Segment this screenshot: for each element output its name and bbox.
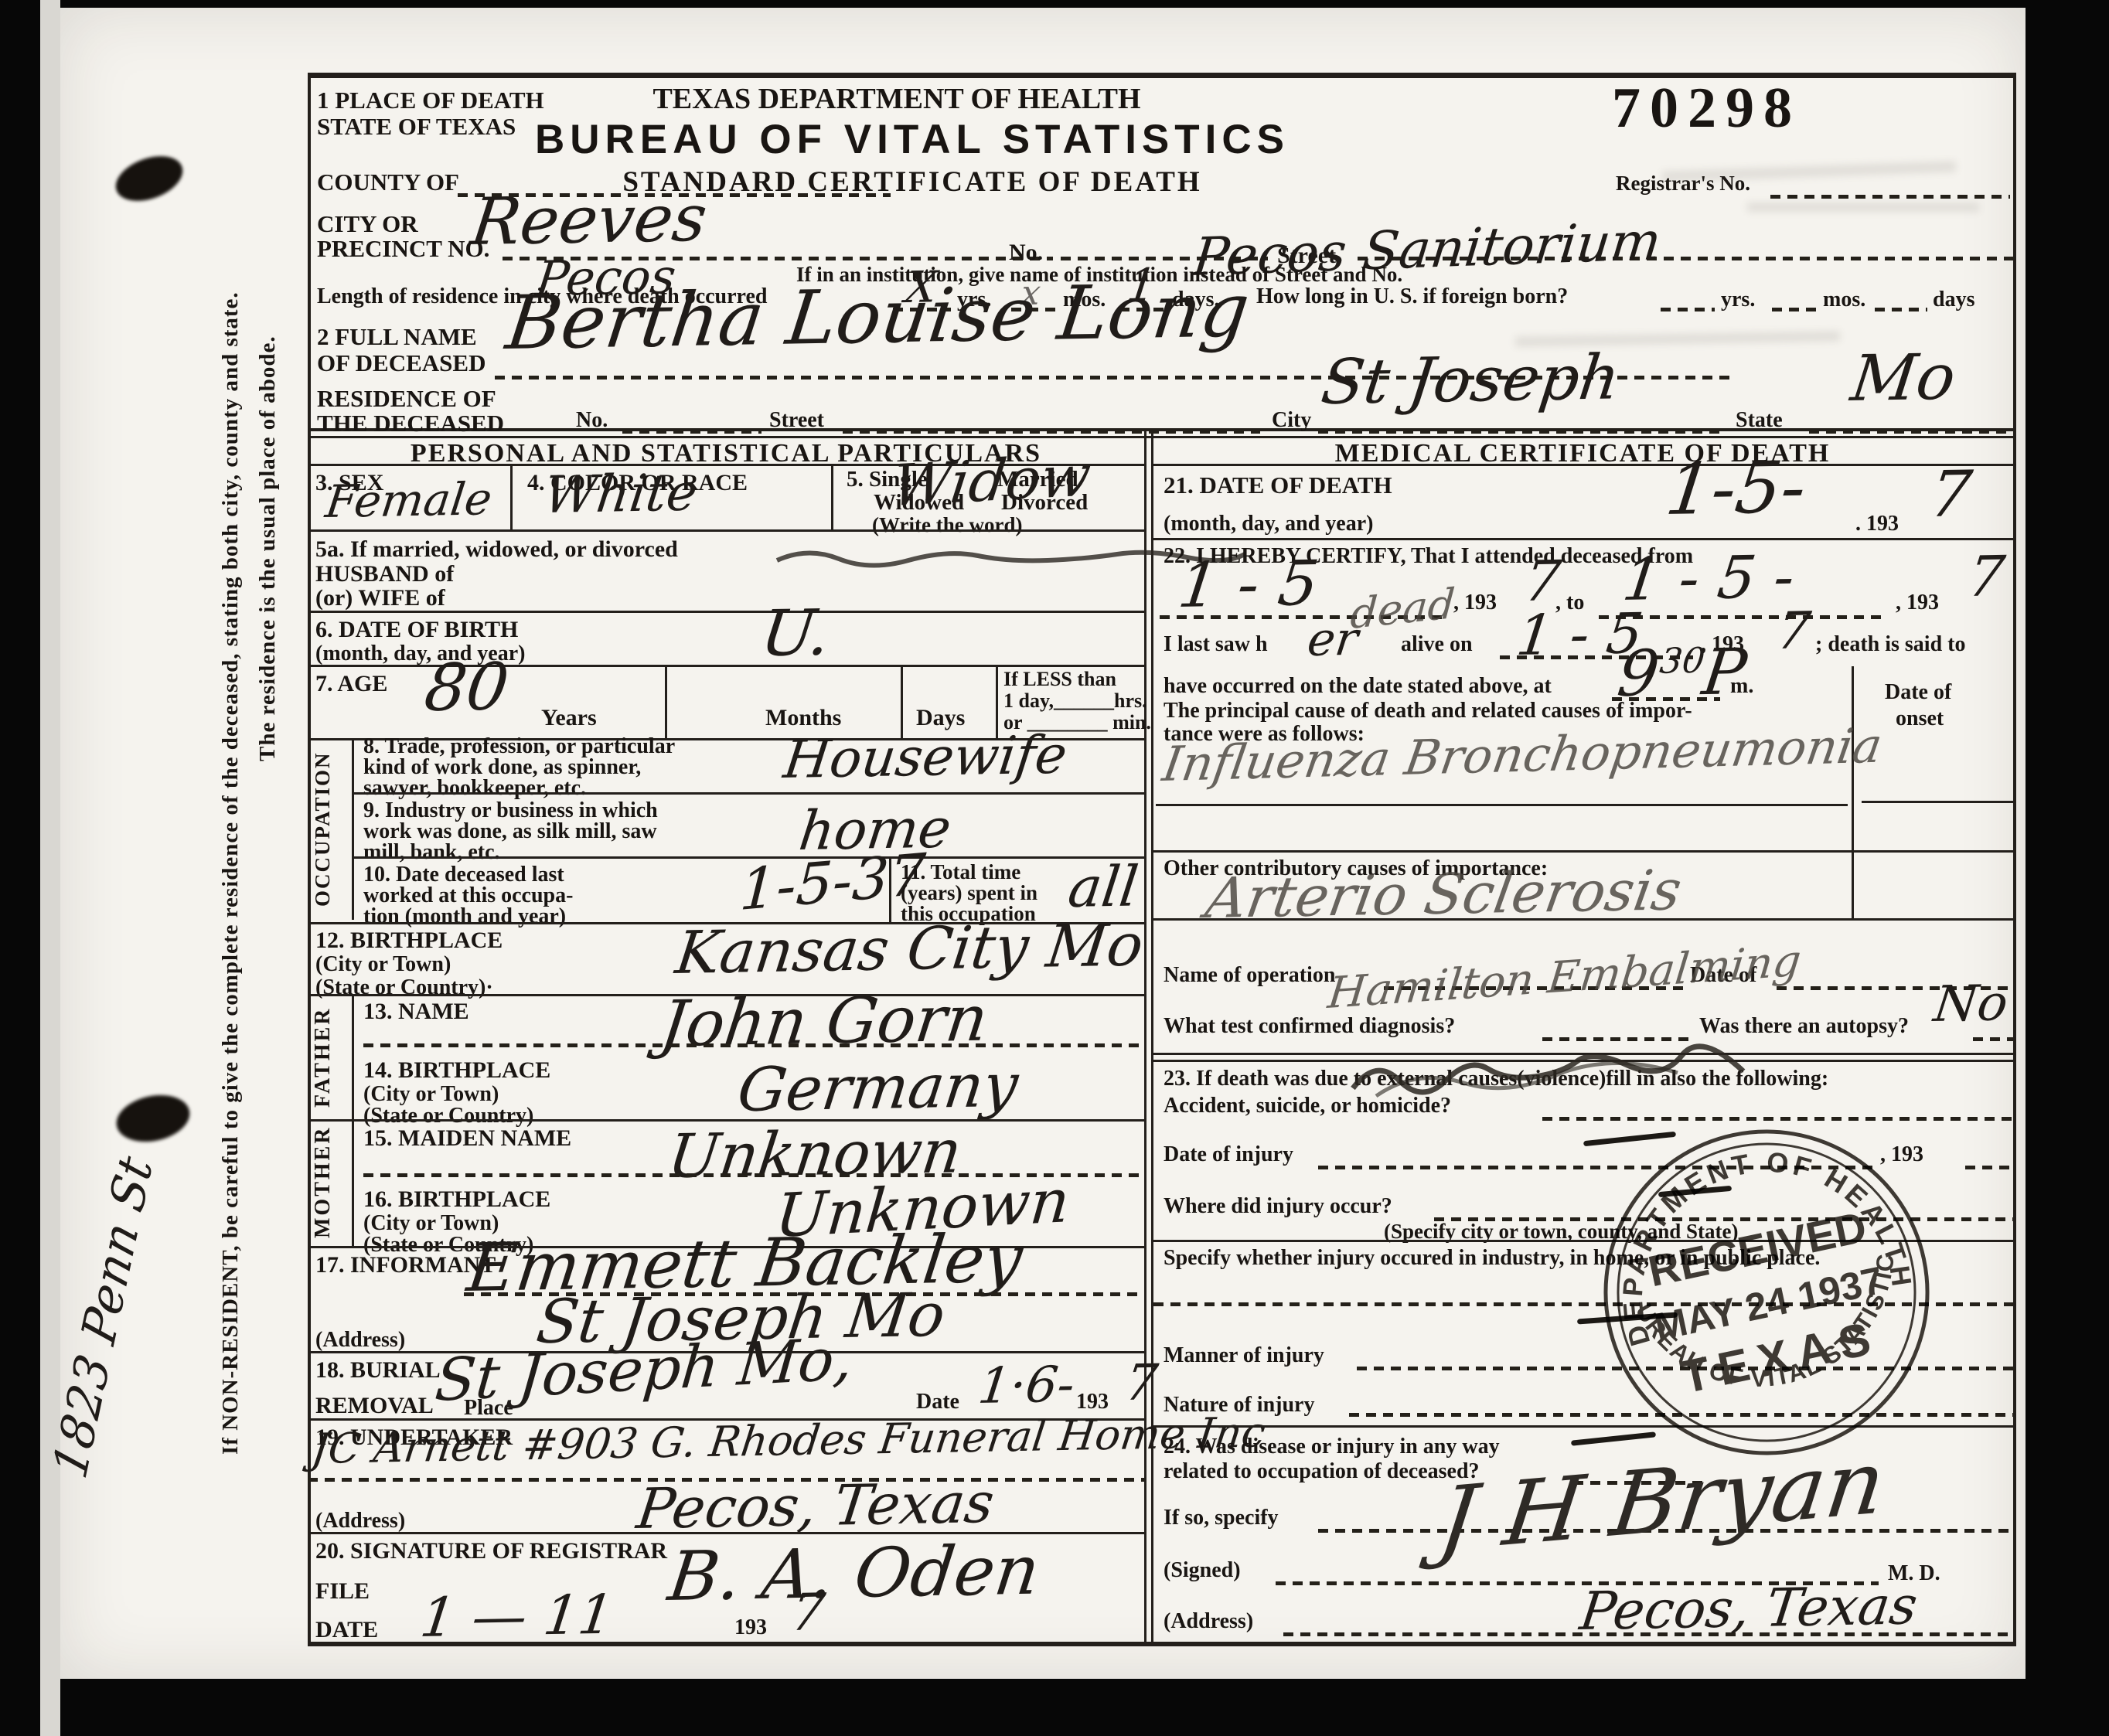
us-yrs-label: yrs. bbox=[1721, 288, 1755, 312]
file-date-label: DATE bbox=[315, 1617, 378, 1643]
occurred-label: have occurred on the date stated above, … bbox=[1164, 674, 1552, 699]
item24-line1: 24. Was disease or injury in any way bbox=[1164, 1435, 1500, 1459]
physician-address-label: (Address) bbox=[1164, 1609, 1253, 1634]
res-street-label: Street bbox=[769, 408, 824, 433]
mother-group-label: MOTHER bbox=[311, 1122, 348, 1242]
age-divider-1 bbox=[665, 665, 667, 738]
nature-injury-label: Nature of injury bbox=[1164, 1393, 1314, 1418]
race-value: White bbox=[541, 468, 700, 521]
item19-address-label: (Address) bbox=[315, 1509, 405, 1533]
husband-of-label: HUSBAND of bbox=[315, 561, 454, 587]
item21-value: 1-5- bbox=[1662, 452, 1810, 526]
item9-line3: mill, bank, etc. bbox=[363, 840, 500, 865]
res-street-line bbox=[843, 430, 1260, 434]
m-label: m. bbox=[1730, 674, 1753, 699]
item10-11-divider bbox=[889, 856, 891, 922]
residence-label-2: THE DECEASED bbox=[317, 410, 504, 437]
attended-from-193: , 193 bbox=[1453, 591, 1497, 615]
item12-value: Kansas City Mo bbox=[673, 916, 1146, 982]
onset-answer-line-1 bbox=[1862, 801, 2013, 803]
received-stamp: DEPARTMENT OF HEALTH BUREAU OF VITAL STA… bbox=[1555, 1081, 1978, 1503]
occupation-group-label: OCCUPATION bbox=[311, 740, 348, 918]
item18-date-label: Date bbox=[916, 1390, 959, 1414]
if-less-label-2: 1 day,______hrs. bbox=[1003, 689, 1147, 713]
file-label: FILE bbox=[315, 1578, 370, 1605]
if-less-label-1: If LESS than bbox=[1003, 668, 1116, 691]
age-years-label: Years bbox=[541, 705, 597, 731]
item24-line2: related to occupation of deceased? bbox=[1164, 1459, 1480, 1484]
if-less-hrs: hrs. bbox=[1114, 689, 1147, 712]
item21-sub: (month, day, and year) bbox=[1164, 512, 1373, 536]
item21-193: . 193 bbox=[1855, 512, 1899, 536]
operation-label: Name of operation bbox=[1164, 963, 1335, 988]
item16-label: 16. BIRTHPLACE bbox=[363, 1186, 550, 1213]
street-no-label: No. bbox=[1009, 240, 1043, 266]
occupation-group-divider bbox=[352, 738, 354, 920]
res-state-line bbox=[1809, 430, 2012, 434]
death-said-label: ; death is said to bbox=[1815, 632, 1965, 657]
death-time-value: 930P bbox=[1614, 641, 1750, 706]
scan-edge-strip bbox=[40, 0, 60, 1736]
autopsy-line bbox=[1973, 1037, 2013, 1041]
marital-value: Widow bbox=[889, 448, 1094, 515]
injury-193-line bbox=[1965, 1166, 2013, 1169]
autopsy-value: No bbox=[1931, 979, 2011, 1030]
cause-underline bbox=[1156, 804, 1848, 806]
column-divider-b bbox=[1151, 428, 1153, 1643]
last-saw-dead: dead bbox=[1349, 583, 1457, 635]
us-yrs-line bbox=[1661, 308, 1715, 311]
row5a-rule bbox=[308, 611, 1144, 613]
test-line bbox=[1542, 1037, 1693, 1041]
form-right-rule bbox=[2013, 73, 2016, 1646]
certificate-number: 70298 bbox=[1612, 76, 1801, 141]
signed-label: (Signed) bbox=[1164, 1558, 1241, 1583]
margin-note-abode: The residence is the usual place of abod… bbox=[255, 93, 286, 1005]
us-days-label: days bbox=[1933, 288, 1974, 312]
us-mos-line bbox=[1772, 308, 1818, 311]
alive-on-label: alive on bbox=[1401, 632, 1473, 657]
date-of-onset-2: onset bbox=[1896, 706, 1944, 731]
where-injury-label: Where did injury occur? bbox=[1164, 1194, 1392, 1219]
county-of-label: COUNTY OF bbox=[317, 168, 459, 196]
res-city-value: St Joseph bbox=[1318, 346, 1623, 414]
file-date-value: 1 — 11 bbox=[417, 1588, 616, 1645]
dept-title: TEXAS DEPARTMENT OF HEALTH bbox=[510, 82, 1283, 116]
attended-to-year: 7 bbox=[1965, 548, 2008, 604]
registrars-no-line bbox=[1770, 195, 2010, 199]
item18-label-1: 18. BURIAL bbox=[315, 1357, 441, 1384]
row13-line bbox=[363, 1043, 1144, 1047]
death-certificate-scan: If NON-RESIDENT, be careful to give the … bbox=[0, 0, 2109, 1736]
full-name-label-1: 2 FULL NAME bbox=[317, 323, 477, 351]
item5a-label: 5a. If married, widowed, or divorced bbox=[315, 536, 678, 563]
attended-to-value: 1 - 5 - bbox=[1620, 547, 1797, 609]
sex-race-divider bbox=[510, 464, 513, 529]
us-mos-label: mos. bbox=[1823, 288, 1865, 312]
date-of-onset-1: Date of bbox=[1885, 680, 1951, 705]
other-causes-value: Arterio Sclerosis bbox=[1202, 862, 1685, 926]
if-less-min: min. bbox=[1112, 711, 1151, 734]
item15-label: 15. MAIDEN NAME bbox=[363, 1125, 571, 1152]
item10-line3: tion (month and year) bbox=[363, 904, 566, 929]
item18-date-value: 1·6- bbox=[976, 1360, 1078, 1411]
column-divider-a bbox=[1144, 428, 1146, 1643]
res-state-value: Mo bbox=[1848, 346, 1959, 411]
row8-rule bbox=[352, 792, 1144, 795]
item17-address-label: (Address) bbox=[315, 1328, 405, 1353]
onset-box-divider bbox=[1852, 666, 1854, 918]
item10-value: 1-5-37 bbox=[738, 846, 927, 919]
date-injury-label: Date of injury bbox=[1164, 1142, 1293, 1167]
item19-address-value: Pecos, Texas bbox=[634, 1475, 997, 1537]
physician-address-value: Pecos, Texas bbox=[1577, 1580, 1920, 1639]
accident-label: Accident, suicide, or homicide? bbox=[1164, 1094, 1451, 1118]
death-time-minutes: 30 bbox=[1658, 640, 1707, 682]
other-causes-rule bbox=[1153, 918, 2013, 921]
father-group-label: FATHER bbox=[311, 997, 348, 1117]
item21-label: 21. DATE OF DEATH bbox=[1164, 471, 1392, 499]
item20-value: B. A. Oden bbox=[665, 1537, 1043, 1611]
item21-year: 7 bbox=[1927, 463, 1974, 527]
race-marital-divider bbox=[831, 464, 833, 529]
wife-of-label: (or) WIFE of bbox=[315, 585, 445, 611]
last-saw-year: 7 bbox=[1774, 605, 1813, 657]
age-value: 80 bbox=[421, 654, 512, 720]
attended-from-value: 1 - 5 bbox=[1175, 553, 1322, 617]
item8-value: Housewife bbox=[781, 730, 1070, 787]
mother-group-divider bbox=[352, 1119, 354, 1246]
res-state-label: State bbox=[1736, 408, 1783, 433]
bureau-title: BUREAU OF VITAL STATISTICS bbox=[472, 116, 1353, 163]
item20-label: 20. SIGNATURE OF REGISTRAR bbox=[315, 1538, 667, 1564]
manner-injury-label: Manner of injury bbox=[1164, 1343, 1324, 1368]
precinct-no-label: PRECINCT NO. bbox=[317, 235, 489, 263]
row21-rule bbox=[1153, 538, 2013, 540]
margin-note-nonresident: If NON-RESIDENT, be careful to give the … bbox=[218, 93, 250, 1654]
county-value: Reeves bbox=[468, 186, 710, 254]
file-193: 193 bbox=[734, 1615, 767, 1640]
test-label: What test confirmed diagnosis? bbox=[1164, 1014, 1455, 1039]
item14-value: Germany bbox=[734, 1056, 1021, 1121]
section-divider-b bbox=[308, 436, 2016, 438]
item11-value: all bbox=[1065, 858, 1141, 915]
dob-label: 6. DATE OF BIRTH bbox=[315, 617, 518, 643]
item8-line3: sawyer, bookkeeper, etc. bbox=[363, 776, 586, 801]
last-saw-label: I last saw h bbox=[1164, 632, 1268, 657]
cause-second-rule bbox=[1153, 850, 2013, 853]
full-name-label-2: OF DECEASED bbox=[317, 349, 486, 377]
item18-year-value: 7 bbox=[1123, 1358, 1160, 1408]
file-year-value: 7 bbox=[789, 1587, 827, 1639]
sex-value: Female bbox=[323, 476, 494, 524]
res-no-line bbox=[622, 430, 761, 434]
faded-pencil-smudge-top-2 bbox=[1747, 203, 1979, 212]
res-city-line bbox=[1318, 430, 1724, 434]
item18-label-2: REMOVAL bbox=[315, 1393, 434, 1419]
item12-label: 12. BIRTHPLACE bbox=[315, 928, 503, 954]
medical-title-rule bbox=[1153, 464, 2013, 466]
residence-label-1: RESIDENCE OF bbox=[317, 385, 496, 413]
city-or-label: CITY OR bbox=[317, 210, 418, 238]
age-label: 7. AGE bbox=[315, 671, 387, 697]
if-so-specify-label: If so, specify bbox=[1164, 1506, 1279, 1530]
row3-rule bbox=[308, 529, 1144, 532]
full-name-value: Bertha Louise Long bbox=[503, 273, 1253, 360]
age-months-label: Months bbox=[765, 705, 841, 731]
us-days-line bbox=[1875, 308, 1927, 311]
item12-sub1: (City or Town) bbox=[315, 952, 451, 977]
principal-cause-line1: The principal cause of death and related… bbox=[1164, 699, 1692, 723]
res-no-label: No. bbox=[576, 408, 608, 433]
autopsy-label: Was there an autopsy? bbox=[1699, 1014, 1909, 1039]
item14-label: 14. BIRTHPLACE bbox=[363, 1057, 550, 1084]
if-less-1day: 1 day, bbox=[1003, 689, 1054, 712]
attended-to-193: , 193 bbox=[1896, 591, 1939, 615]
how-long-us-label: How long in U. S. if foreign born? bbox=[1256, 284, 1568, 309]
dob-value: U. bbox=[758, 601, 833, 666]
res-city-label: City bbox=[1272, 408, 1311, 433]
father-group-divider bbox=[352, 994, 354, 1119]
item13-label: 13. NAME bbox=[363, 999, 469, 1025]
